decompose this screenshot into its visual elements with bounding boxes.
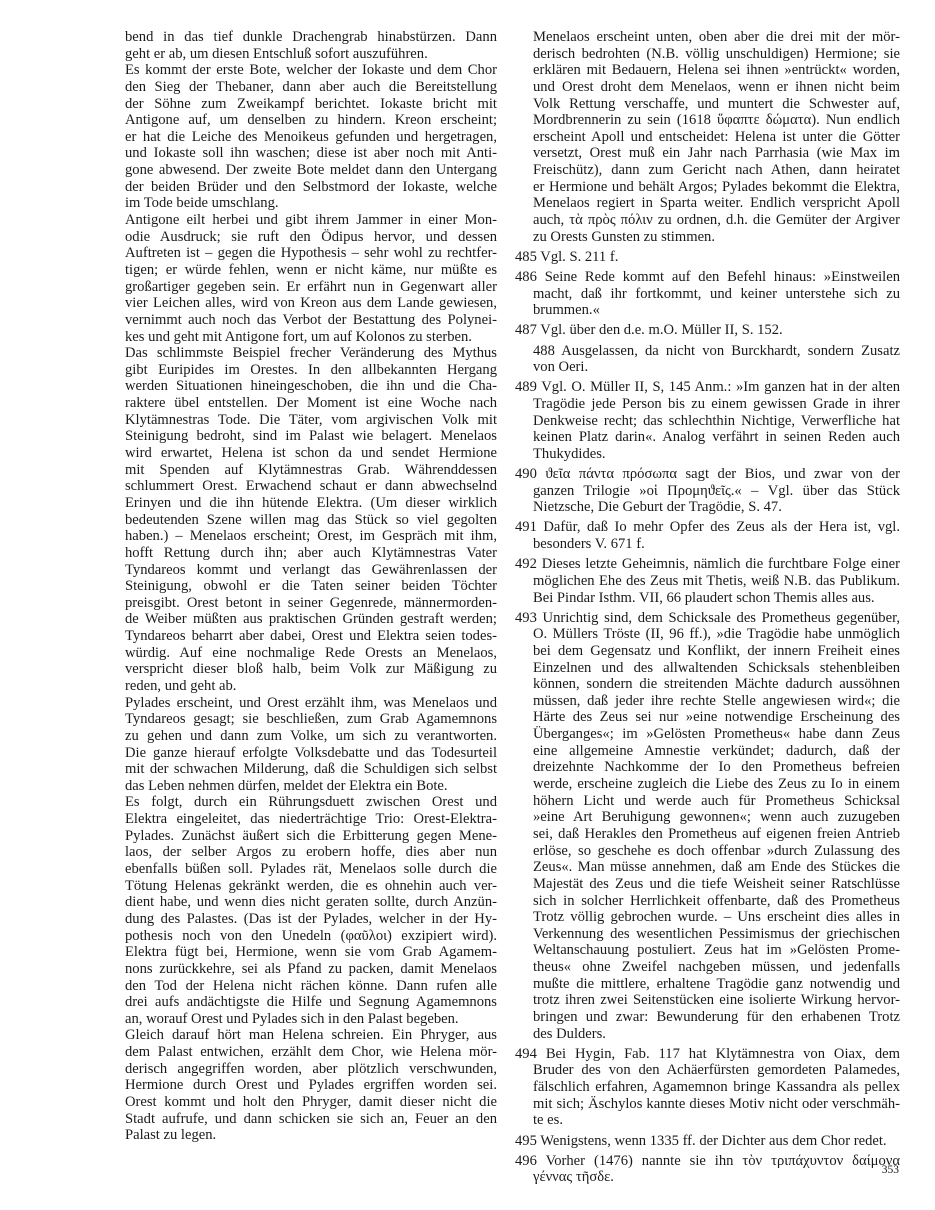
text-line: 491 Dafür, daß Io mehr Opfer des Zeus al… (515, 519, 900, 536)
text-line: 487 Vgl. über den d.e. m.O. Müller II, S… (515, 322, 900, 339)
text-line: an, worauf Orest und Pylades sich in den… (125, 1011, 497, 1028)
text-line: Tyndareos beharrt aber dabei, Orest und … (125, 628, 497, 645)
text-line: γέννας τῆσδε. (515, 1169, 900, 1186)
text-line: 485 Vgl. S. 211 f. (515, 249, 900, 266)
footnote-487: 487 Vgl. über den d.e. m.O. Müller II, S… (515, 322, 900, 339)
text-line: Verkennung des wesentlichen Pessimismus … (515, 926, 900, 943)
text-line: mit der schwachen Milderung, daß die Sch… (125, 761, 497, 778)
text-line: 486 Seine Rede kommt auf den Befehl hina… (515, 269, 900, 286)
footnote-494: 494 Bei Hygin, Fab. 117 hat Klytämnestra… (515, 1046, 900, 1129)
text-line: haben.) – Menelaos erscheint; Orest, im … (125, 528, 497, 545)
text-line: werden Situationen hineingeschoben, die … (125, 378, 497, 395)
text-line: gone abwesend. Der zweite Bote meldet da… (125, 162, 497, 179)
text-line: und Orest droht dem Menelaos, wenn er ih… (515, 79, 900, 96)
text-line: schlummert Orest. Erwachend schaut er da… (125, 478, 497, 495)
footnotes-column: Menelaos erscheint unten, oben aber die … (515, 29, 900, 1186)
text-line: Stadt aufrufe, und dann schicken sie sic… (125, 1111, 497, 1128)
text-line: versetzt, Orest muß ein Jahr nach Parrha… (515, 145, 900, 162)
text-line: Einzelnen und des allwaltenden Schicksal… (515, 660, 900, 677)
text-line: Trotz völlig gebrochen wurde. – Uns ersc… (515, 909, 900, 926)
text-line: preisgibt. Orest betont in seiner Gegenr… (125, 595, 497, 612)
paragraph: Es folgt, durch ein Rührungsduett zwisch… (125, 794, 497, 1027)
text-line: Mordbrennerin zu sein (1618 ὕφαπτε δώματ… (515, 112, 900, 129)
text-line: sei, daß Herakles den Prometheus auf eig… (515, 826, 900, 843)
text-line: mit sich; Äschylos kannte dieses Motiv n… (515, 1096, 900, 1113)
text-line: ebenfalls büßen soll. Pylades rät, Menel… (125, 861, 497, 878)
paragraph: Gleich darauf hört man Helena schreien. … (125, 1027, 497, 1143)
text-line: geht er ab, um diesen Entschluß sofort a… (125, 46, 497, 63)
text-line: können, sondern die streitenden Mächte d… (515, 676, 900, 693)
paragraph: Antigone eilt herbei und gibt ihrem Jamm… (125, 212, 497, 345)
text-line: bei dem Gegensatz und Konflikt, der inne… (515, 643, 900, 660)
main-text-column: bend in das tief dunkle Drachengrab hina… (125, 29, 497, 1144)
text-line: derisch angegriffen worden, aber plötzli… (125, 1061, 497, 1078)
text-line: keinen Platz darin«. Analog verfährt in … (515, 429, 900, 446)
text-line: 496 Vorher (1476) nannte sie ihn τὸν τρι… (515, 1153, 900, 1170)
text-line: zu Orests Gunsten zu stimmen. (515, 229, 900, 246)
text-line: 494 Bei Hygin, Fab. 117 hat Klytämnestra… (515, 1046, 900, 1063)
text-line: Menelaos regiert in Sparta weiter. Endli… (515, 195, 900, 212)
text-line: ganzen Trilogie »οἱ Προμηϑεῖς.« – Vgl. ü… (515, 483, 900, 500)
text-line: 489 Vgl. O. Müller II, S, 145 Anm.: »Im … (515, 379, 900, 396)
text-line: Es kommt der erste Bote, welcher der Iok… (125, 62, 497, 79)
text-line: tigen; er würde fehlen, wenn er nicht kä… (125, 262, 497, 279)
text-line: odie Ausdruck; sie ruft den Ödipus hervo… (125, 229, 497, 246)
text-line: 493 Unrichtig sind, dem Schicksale des P… (515, 610, 900, 627)
footnote-493: 493 Unrichtig sind, dem Schicksale des P… (515, 610, 900, 1043)
text-line: verspricht dieser bloß halb, beim Volk z… (125, 661, 497, 678)
text-line: bringen und zwar: Bewunderung für den er… (515, 1009, 900, 1026)
text-line: mit Spenden auf Klytämnestras Grab. Währ… (125, 462, 497, 479)
text-line: er Hermione und behält Argos; Pylades be… (515, 179, 900, 196)
footnote-continuation: Menelaos erscheint unten, oben aber die … (515, 29, 900, 245)
text-line: theus« ohne Zweifel nachgeben müssen, un… (515, 959, 900, 976)
paragraph: bend in das tief dunkle Drachengrab hina… (125, 29, 497, 62)
text-line: Bruder des von den Achäerfürsten gemorde… (515, 1062, 900, 1079)
text-line: vernimmt auch noch das Verbot der Bestat… (125, 312, 497, 329)
text-line: und Iokaste soll ihn waschen; diese ist … (125, 145, 497, 162)
text-line: eine allgemeine Amnestie verkündet; dadu… (515, 743, 900, 760)
text-line: Antigone eilt herbei und gibt ihrem Jamm… (125, 212, 497, 229)
text-line: der Söhne zum Zweikampf berichtet. Iokas… (125, 96, 497, 113)
text-line: 490 ϑεῖα πάντα πρόσωπα sagt der Bios, un… (515, 466, 900, 483)
text-line: Steinigung bedroht, sind im Palast wie b… (125, 428, 497, 445)
text-line: wird erwartet, Helena ist schon da und s… (125, 445, 497, 462)
text-line: Orest kommt und holt den Phryger, damit … (125, 1094, 497, 1111)
page-number: 353 (882, 1164, 899, 1176)
text-line: Gleich darauf hört man Helena schreien. … (125, 1027, 497, 1044)
text-line: Elektra fügt bei, Hermione, wenn sie vom… (125, 944, 497, 961)
text-line: Härte des Zeus sei nur »eine notwendige … (515, 709, 900, 726)
text-line: mußte die mittlere, erhaltene Tragödie g… (515, 976, 900, 993)
text-line: 488 Ausgelassen, da nicht von Burckhardt… (515, 343, 900, 360)
paragraph: Pylades erscheint, und Orest erzählt ihm… (125, 695, 497, 795)
paragraph: Das schlimmste Beispiel frecher Veränder… (125, 345, 497, 694)
text-line: des Dulders. (515, 1026, 900, 1043)
text-line: der beiden Brüder und den Selbstmord der… (125, 179, 497, 196)
text-line: Tyndareos kommt und verlangt das Gewähre… (125, 562, 497, 579)
text-line: Pylades erscheint, und Orest erzählt ihm… (125, 695, 497, 712)
text-line: Nietzsche, Die Geburt der Tragödie, S. 4… (515, 499, 900, 516)
text-line: Hermione durch Orest und Pylades ergriff… (125, 1077, 497, 1094)
text-line: bedeutenden Szene willen mag das Stück s… (125, 512, 497, 529)
text-line: Tyndareos gesagt; sie beschließen, zum G… (125, 711, 497, 728)
text-line: Erinyen und die ihn hütende Elektra. (Um… (125, 495, 497, 512)
text-line: erklären mit Bedauern, Helena sei ihnen … (515, 62, 900, 79)
text-line: erscheint Apoll und entscheidet: Helena … (515, 129, 900, 146)
footnote-486: 486 Seine Rede kommt auf den Befehl hina… (515, 269, 900, 319)
text-line: würdig. Auf eine nochmalige Rede Orests … (125, 645, 497, 662)
paragraph: Es kommt der erste Bote, welcher der Iok… (125, 62, 497, 212)
text-line: Denkweise recht; das schlechthin Nichtig… (515, 413, 900, 430)
footnote-485: 485 Vgl. S. 211 f. (515, 249, 900, 266)
text-line: hofft Rettung durch ihn; aber auch Klytä… (125, 545, 497, 562)
text-line: werde, erscheine zugleich die Liebe des … (515, 776, 900, 793)
footnote-488: 488 Ausgelassen, da nicht von Burckhardt… (515, 343, 900, 376)
text-line: raktere übel entstellen. Der Moment ist … (125, 395, 497, 412)
text-line: gibt Euripides im Orestes. In den allbek… (125, 362, 497, 379)
text-line: kes und geht mit Antigone fort, um auf K… (125, 329, 497, 346)
text-line: 495 Wenigstens, wenn 1335 ff. der Dichte… (515, 1133, 900, 1150)
text-line: das Leben nehmen dürfen, meldet der Elek… (125, 778, 497, 795)
text-line: Volk Rettung verschaffe, und muntert die… (515, 96, 900, 113)
text-line: den Tod der Helena nicht rächen könne. D… (125, 978, 497, 995)
text-line: de Weiber müßten aus praktischen Gründen… (125, 611, 497, 628)
text-line: brummen.« (515, 302, 900, 319)
text-line: möglichen Ehe des Zeus mit Thetis, weiß … (515, 573, 900, 590)
text-line: Menelaos erscheint unten, oben aber die … (515, 29, 900, 46)
text-line: Steinigung, obwohl er die Taten seiner b… (125, 578, 497, 595)
text-line: nons zurückkehre, sei als Pfand zu packe… (125, 961, 497, 978)
text-line: laos, der selber Argos zu erobern hoffe,… (125, 844, 497, 861)
text-line: bend in das tief dunkle Drachengrab hina… (125, 29, 497, 46)
text-line: Weltanschauung postuliert. Zeus hat im »… (515, 942, 900, 959)
text-line: Antigone auf, um denselben zu hindern. K… (125, 112, 497, 129)
text-line: pothesis noch von den Unedeln (φαῦλοι) e… (125, 928, 497, 945)
text-line: im Tode beide umschlang. (125, 195, 497, 212)
text-line: Klytämnestras Tode. Die Täter, vom argiv… (125, 412, 497, 429)
text-line: vier Leichen alles, wird von Kreon aus d… (125, 295, 497, 312)
footnote-495: 495 Wenigstens, wenn 1335 ff. der Dichte… (515, 1133, 900, 1150)
text-line: höhern Licht und werde auch für Promethe… (515, 793, 900, 810)
text-line: te es. (515, 1112, 900, 1129)
text-line: drei aufs andächtigste die Hilfe und Seg… (125, 994, 497, 1011)
text-line: Zeus«. Man müsse annehmen, daß am Ende d… (515, 859, 900, 876)
text-line: macht, daß ihr fortkommt, und keiner unt… (515, 286, 900, 303)
text-line: Tötung Helenas gekränkt werden, die es o… (125, 878, 497, 895)
text-line: dung des Palastes. (Das ist der Pylades,… (125, 911, 497, 928)
text-line: Bei Pindar Isthm. VII, 66 plaudert schon… (515, 590, 900, 607)
text-line: derisch bedrohten (N.B. völlig unschuldi… (515, 46, 900, 63)
text-line: Überganges«; im »Gelösten Prometheus« ha… (515, 726, 900, 743)
text-line: trotz ihren zwei Seitenstücken eine isol… (515, 992, 900, 1009)
text-line: erlöse, so geschehe es doch offenbar »du… (515, 843, 900, 860)
text-line: Die ganze hierauf erfolgte Volksdebatte … (125, 745, 497, 762)
text-line: dreizehnte Nachkomme der Io den Promethe… (515, 759, 900, 776)
text-line: fälschlich erfahren, Agamemnon bringe Ka… (515, 1079, 900, 1096)
footnote-489: 489 Vgl. O. Müller II, S, 145 Anm.: »Im … (515, 379, 900, 462)
text-line: den Sieg der Thebaner, dann aber auch di… (125, 79, 497, 96)
text-line: Elektra eingeleitet, das niederträchtige… (125, 811, 497, 828)
text-line: dient habe, und wenn dies nicht geraten … (125, 894, 497, 911)
footnote-496: 496 Vorher (1476) nannte sie ihn τὸν τρι… (515, 1153, 900, 1186)
text-line: von Oeri. (515, 359, 900, 376)
text-line: Thukydides. (515, 446, 900, 463)
text-line: dem Palast entwichen, erzählt dem Chor, … (125, 1044, 497, 1061)
text-line: auch, τὰ πρὸς πόλιν zu ordnen, d.h. die … (515, 212, 900, 229)
text-line: großartiger gegeben sein. Er erfährt nun… (125, 279, 497, 296)
text-line: zu gehen und dann zum Volke, um sich zu … (125, 728, 497, 745)
text-line: Palast zu legen. (125, 1127, 497, 1144)
text-line: sich in solcher Herrlichkeit offenbarte,… (515, 893, 900, 910)
text-line: Tragödie jede Person bis zu einem gewiss… (515, 396, 900, 413)
text-line: Pylades. Zunächst äußert sich die Erbitt… (125, 828, 497, 845)
footnote-491: 491 Dafür, daß Io mehr Opfer des Zeus al… (515, 519, 900, 552)
text-line: reden, und geht ab. (125, 678, 497, 695)
text-line: Auftreten ist – gegen die Hypothesis – s… (125, 245, 497, 262)
text-line: Majestät des Zeus und die tiefe Weisheit… (515, 876, 900, 893)
text-line: 492 Dieses letzte Geheimnis, nämlich die… (515, 556, 900, 573)
text-line: Das schlimmste Beispiel frecher Veränder… (125, 345, 497, 362)
text-line: er hat die Leiche des Menoikeus gefunden… (125, 129, 497, 146)
text-line: besonders V. 671 f. (515, 536, 900, 553)
text-line: Es folgt, durch ein Rührungsduett zwisch… (125, 794, 497, 811)
text-line: »eine Art Beruhigung gewonnen«; wenn auc… (515, 809, 900, 826)
text-line: O. Müllers Tröste (II, 96 ff.), »die Tra… (515, 626, 900, 643)
footnote-492: 492 Dieses letzte Geheimnis, nämlich die… (515, 556, 900, 606)
text-line: müssen, daß jeder ihre rechte Stelle ang… (515, 693, 900, 710)
footnote-490: 490 ϑεῖα πάντα πρόσωπα sagt der Bios, un… (515, 466, 900, 516)
text-line: Freischütz), dann zum Gericht nach Athen… (515, 162, 900, 179)
